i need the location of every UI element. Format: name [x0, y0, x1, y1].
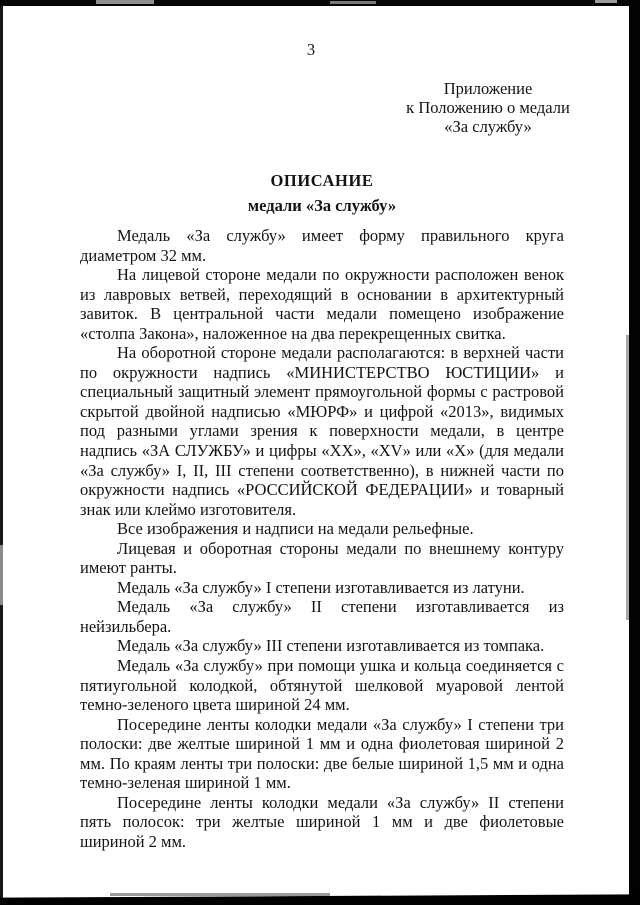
scan-edge-left-gray	[0, 545, 3, 605]
paragraph: Лицевая и оборотная стороны медали по вн…	[80, 539, 564, 578]
appendix-line: Приложение	[398, 79, 578, 98]
appendix-block: Приложениек Положению о медали«За службу…	[398, 79, 578, 136]
paragraph: Медаль «За службу» имеет форму правильно…	[80, 226, 564, 265]
document-title-line1: ОПИСАНИЕ	[80, 171, 564, 191]
scan-edge-top-gray-2	[330, 1, 376, 4]
paragraph: На оборотной стороне медали располагаютс…	[80, 343, 564, 519]
scanned-document-page: { "page": { "number": "3", "appendix": {…	[0, 0, 640, 905]
scan-edge-right	[629, 0, 640, 905]
paragraph: Медаль «За службу» I степени изготавлива…	[80, 578, 564, 598]
document-body: Медаль «За службу» имеет форму правильно…	[80, 226, 564, 852]
paragraph: Медаль «За службу» при помощи ушка и кол…	[80, 656, 564, 715]
paragraph: Медаль «За службу» II степени изготавлив…	[80, 597, 564, 636]
paragraph: Посередине ленты колодки медали «За служ…	[80, 715, 564, 793]
scan-edge-bottom-gray	[110, 893, 330, 896]
document-title-line2: медали «За службу»	[80, 196, 564, 216]
document-title: ОПИСАНИЕ медали «За службу»	[80, 171, 564, 216]
scan-edge-top-gray-1	[96, 0, 154, 4]
scan-edge-top-gray-3	[595, 0, 617, 3]
paragraph: На лицевой стороне медали по окружности …	[80, 265, 564, 343]
scan-edge-left	[0, 6, 3, 905]
page-number: 3	[0, 40, 622, 60]
paragraph: Медаль «За службу» III степени изготавли…	[80, 636, 564, 656]
paragraph: Все изображения и надписи на медали рель…	[80, 519, 564, 539]
appendix-line: «За службу»	[398, 117, 578, 136]
appendix-line: к Положению о медали	[398, 98, 578, 117]
paragraph: Посередине ленты колодки медали «За служ…	[80, 793, 564, 852]
scan-edge-right-gray	[626, 335, 629, 620]
